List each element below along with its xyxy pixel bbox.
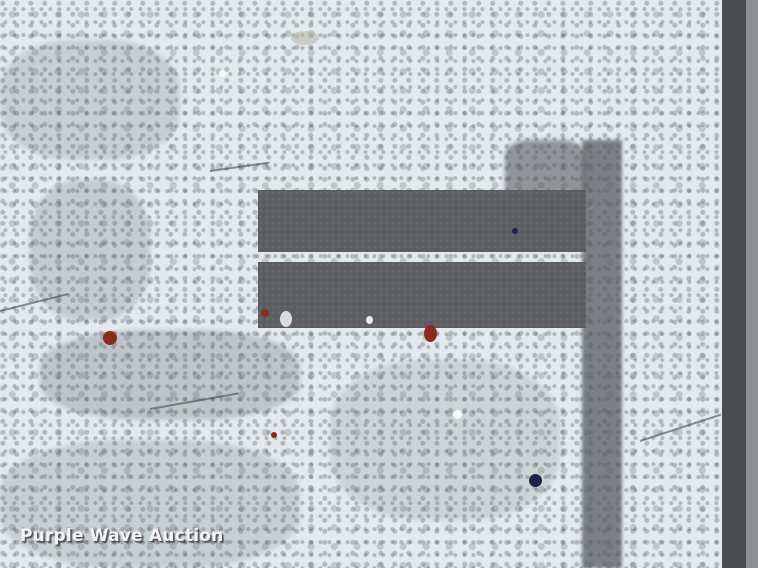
paint-fleck-red — [261, 309, 269, 317]
paint-wear-patch — [330, 360, 560, 520]
paint-fleck-red — [103, 331, 117, 345]
painted-bar-top — [258, 190, 586, 252]
photo: Purple Wave Auction — [0, 0, 758, 568]
watermark: Purple Wave Auction — [20, 526, 223, 546]
crack-line — [640, 414, 721, 442]
paint-fleck-white — [219, 70, 226, 77]
worn-vertical-strip — [582, 140, 622, 568]
worn-paint-area — [505, 140, 585, 192]
paint-wear-patch — [40, 330, 300, 420]
paint-fleck-red — [271, 432, 277, 438]
paint-fleck-white — [453, 410, 462, 419]
paint-fleck-tan — [291, 31, 319, 45]
edge-dark-stripe — [722, 0, 746, 568]
paint-wear-patch — [0, 40, 180, 160]
edge-concrete — [746, 0, 758, 568]
paint-fleck-red — [424, 325, 437, 342]
paint-fleck-white — [366, 316, 373, 324]
paint-wear-patch — [0, 440, 300, 568]
crack-line — [210, 162, 270, 172]
paint-fleck-navy — [529, 474, 542, 487]
paint-fleck-white — [280, 311, 292, 327]
painted-bar-bottom — [258, 262, 586, 328]
paint-fleck-navy — [512, 228, 518, 234]
